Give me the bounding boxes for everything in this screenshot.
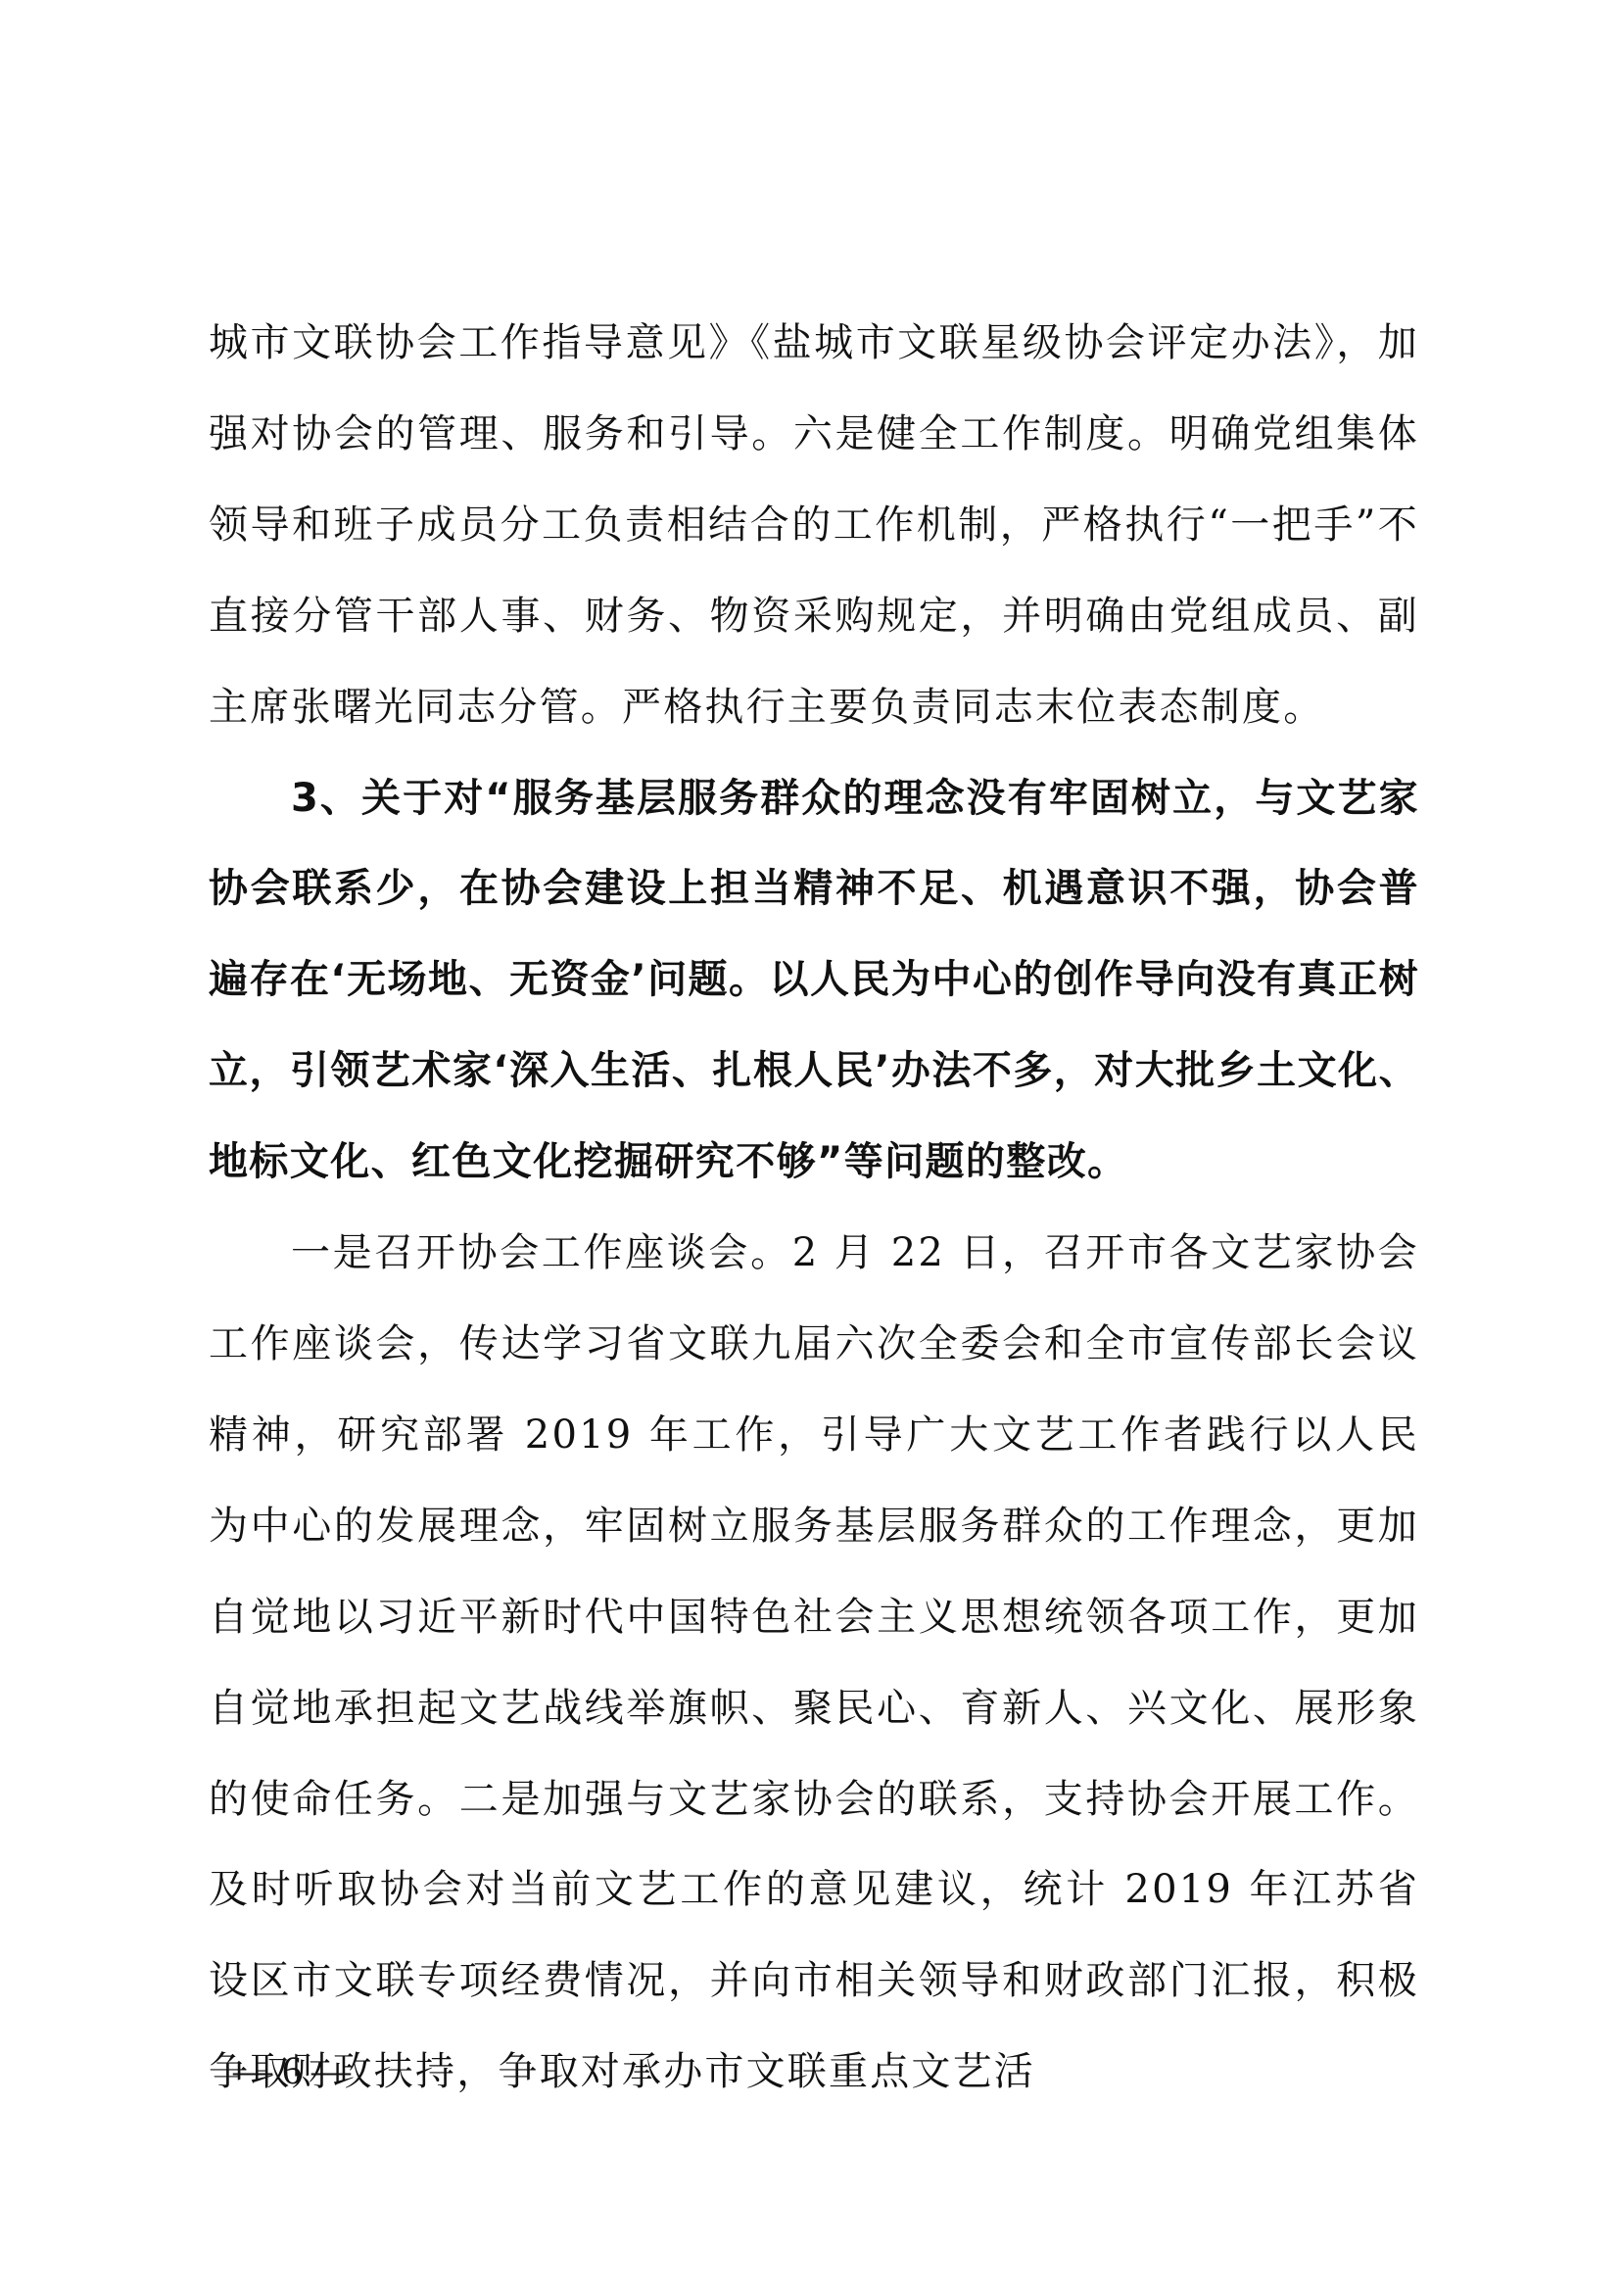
paragraph-body: 一是召开协会工作座谈会。2 月 22 日，召开市各文艺家协会工作座谈会，传达学习… xyxy=(209,1208,1419,2118)
document-page: 城市文联协会工作指导意见》《盐城市文联星级协会评定办法》，加强对协会的管理、服务… xyxy=(209,298,1419,2118)
paragraph-continuation: 城市文联协会工作指导意见》《盐城市文联星级协会评定办法》，加强对协会的管理、服务… xyxy=(209,298,1419,753)
paragraph-bold-heading: 3、关于对“服务基层服务群众的理念没有牢固树立，与文艺家协会联系少，在协会建设上… xyxy=(209,753,1419,1209)
page-number: — 6 — xyxy=(233,2047,351,2093)
